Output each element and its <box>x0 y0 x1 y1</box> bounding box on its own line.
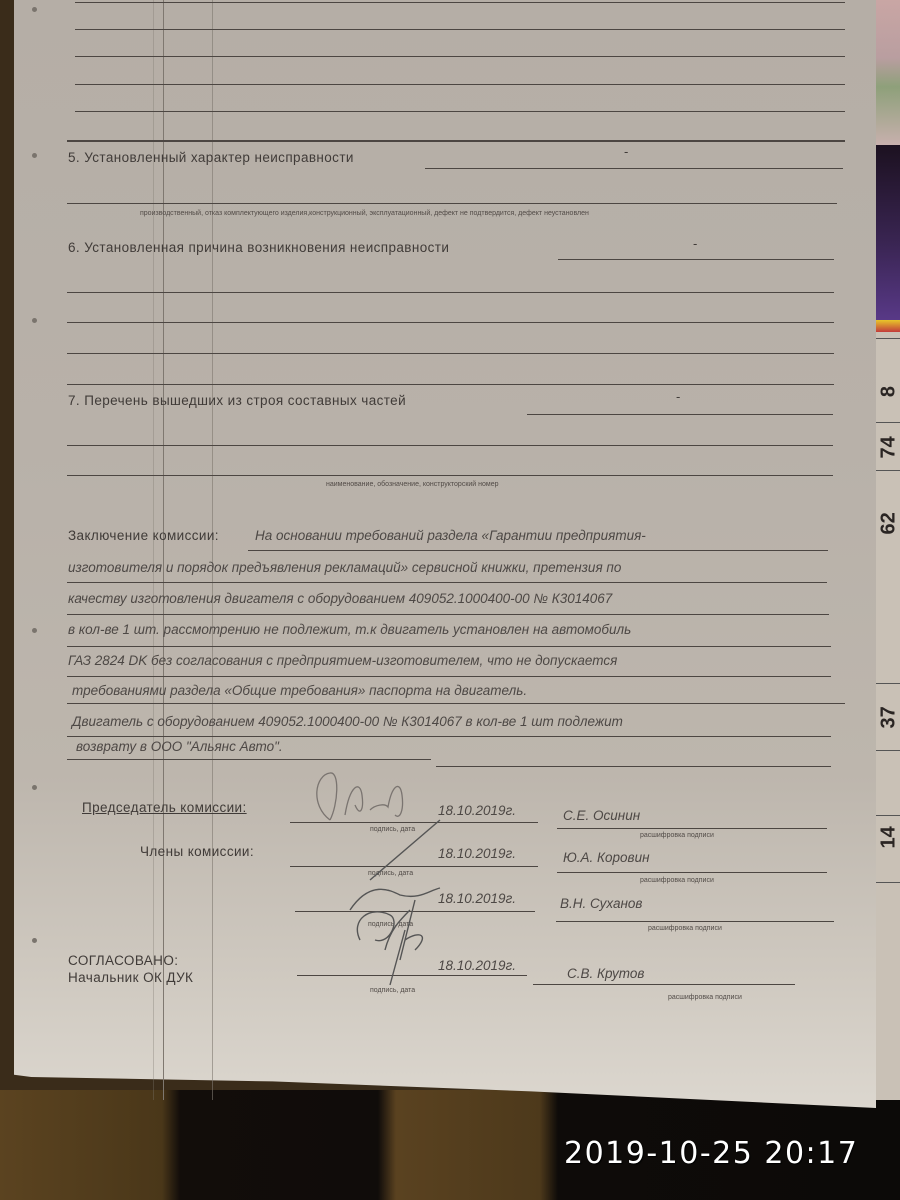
side-number: 62 <box>878 513 900 535</box>
side-tick <box>876 338 900 339</box>
ruled-line <box>75 84 845 85</box>
ruled-line <box>67 140 845 142</box>
margin-mark <box>32 785 37 790</box>
section7-field-line <box>67 445 833 446</box>
margin-mark <box>32 628 37 633</box>
name-hint: расшифровка подписи <box>640 877 714 884</box>
section7-value: - <box>676 389 680 404</box>
section6-field-line <box>67 322 834 323</box>
side-tick <box>876 683 900 684</box>
approved-name: С.В. Крутов <box>567 966 644 981</box>
conclusion-rule <box>67 736 831 737</box>
section6-field-line <box>67 384 834 385</box>
section6-field-line <box>558 259 834 260</box>
section6-label: 6. Установленная причина возникновения н… <box>68 240 449 255</box>
name-hint: расшифровка подписи <box>648 925 722 932</box>
side-tick <box>876 750 900 751</box>
show-through-line <box>163 0 164 1100</box>
side-tick <box>876 815 900 816</box>
conclusion-line: изготовителя и порядок предъявления рекл… <box>68 560 621 575</box>
side-number: 74 <box>878 437 900 459</box>
show-through-line <box>212 0 213 1100</box>
conclusion-rule <box>67 614 829 615</box>
side-number: 8 <box>878 381 900 403</box>
name-line <box>557 872 827 873</box>
conclusion-line: требованиями раздела «Общие требования» … <box>72 683 527 698</box>
conclusion-rule <box>67 646 831 647</box>
conclusion-rule <box>67 676 831 677</box>
conclusion-line: Двигатель с оборудованием 409052.1000400… <box>72 714 623 729</box>
name-line <box>557 828 827 829</box>
section7-field-line <box>67 475 833 476</box>
name-line <box>533 984 795 985</box>
side-fabric <box>876 0 900 145</box>
margin-mark <box>32 318 37 323</box>
margin-mark <box>32 153 37 158</box>
section5-hint: производственный, отказ комплектующего и… <box>140 210 589 217</box>
side-color-band <box>876 320 900 332</box>
section7-hint: наименование, обозначение, конструкторск… <box>326 481 499 488</box>
conclusion-line: в кол-ве 1 шт. рассмотрению не подлежит,… <box>68 622 631 637</box>
conclusion-rule <box>67 759 431 760</box>
section6-value: - <box>693 236 697 251</box>
side-tick <box>876 422 900 423</box>
conclusion-line: качеству изготовления двигателя с оборуд… <box>68 591 612 606</box>
side-number: 14 <box>878 827 900 849</box>
section5-field-line <box>425 168 843 169</box>
side-purple-object <box>876 145 900 325</box>
side-number: 37 <box>878 707 900 729</box>
approved-role: Начальник ОК ДУК <box>68 970 193 985</box>
conclusion-rule <box>67 582 827 583</box>
name-line <box>556 921 834 922</box>
members-label: Члены комиссии: <box>140 844 254 859</box>
section7-label: 7. Перечень вышедших из строя составных … <box>68 393 406 408</box>
photo-timestamp: 2019-10-25 20:17 <box>564 1136 858 1171</box>
side-tick <box>876 470 900 471</box>
show-through-line <box>153 0 154 1100</box>
conclusion-rule <box>436 766 831 767</box>
section6-field-line <box>67 353 834 354</box>
approved-label: СОГЛАСОВАНО: <box>68 953 178 968</box>
name-hint: расшифровка подписи <box>668 994 742 1001</box>
chairman-name: С.Е. Осинин <box>563 808 640 823</box>
ruled-line <box>75 2 845 3</box>
conclusion-line: ГАЗ 2824 DK без согласования с предприят… <box>68 653 617 668</box>
section5-field-line <box>67 203 837 204</box>
members-signature <box>330 810 490 990</box>
margin-mark <box>32 938 37 943</box>
margin-mark <box>32 7 37 12</box>
name-hint: расшифровка подписи <box>640 832 714 839</box>
ruled-line <box>75 29 845 30</box>
section7-field-line <box>527 414 833 415</box>
side-tick <box>876 882 900 883</box>
conclusion-line: возврату в ООО "Альянс Авто". <box>76 739 283 754</box>
conclusion-rule <box>67 703 845 704</box>
member1-name: Ю.А. Коровин <box>563 850 650 865</box>
ruled-line <box>75 111 845 112</box>
ruled-line <box>75 56 845 57</box>
conclusion-rule <box>248 550 828 551</box>
section6-field-line <box>67 292 834 293</box>
member2-name: В.Н. Суханов <box>560 896 642 911</box>
chairman-label: Председатель комиссии: <box>82 800 247 815</box>
conclusion-line: На основании требований раздела «Гаранти… <box>255 528 646 543</box>
conclusion-label: Заключение комиссии: <box>68 528 219 543</box>
section5-label: 5. Установленный характер неисправности <box>68 150 354 165</box>
section5-value: - <box>624 144 628 159</box>
